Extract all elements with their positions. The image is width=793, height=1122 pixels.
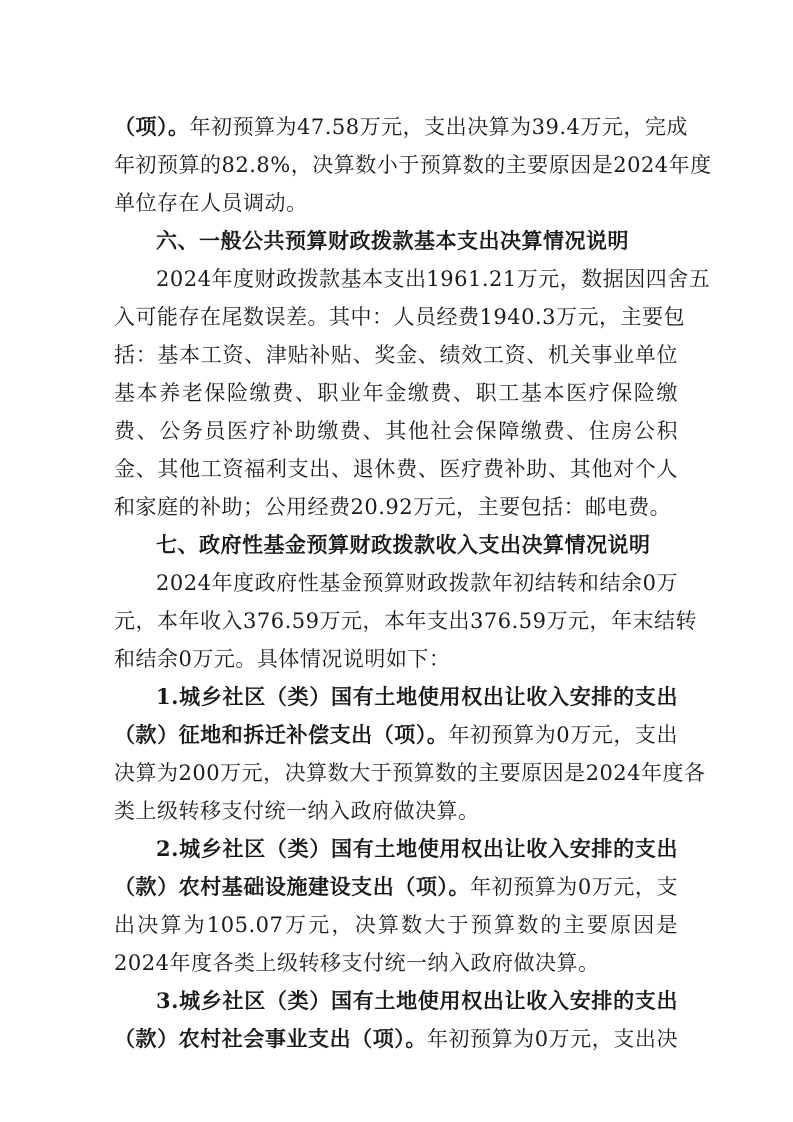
paragraph-line: （款）农村社会事业支出（项）。年初预算为0万元，支出决 [114, 1020, 678, 1058]
item-1-title: 1.城乡社区（类）国有土地使用权出让收入安排的支出 [114, 678, 678, 716]
paragraph-line: （项）。年初预算为47.58万元，支出决算为39.4万元，完成 [114, 108, 678, 146]
paragraph-line: 和家庭的补助；公用经费20.92万元，主要包括：邮电费。 [114, 488, 678, 526]
document-page: （项）。年初预算为47.58万元，支出决算为39.4万元，完成 年初预算的82.… [114, 108, 678, 1058]
paragraph-line: 和结余0万元。具体情况说明如下： [114, 640, 678, 678]
paragraph-line: 年初预算的82.8%，决算数小于预算数的主要原因是2024年度 [114, 146, 678, 184]
paragraph-line: 2024年度各类上级转移支付统一纳入政府做决算。 [114, 944, 678, 982]
paragraph-line: 2024年度政府性基金预算财政拨款年初结转和结余0万 [114, 564, 678, 602]
paragraph-line: 出决算为105.07万元，决算数大于预算数的主要原因是 [114, 906, 678, 944]
paragraph-line: 2024年度财政拨款基本支出1961.21万元，数据因四舍五 [114, 260, 678, 298]
item-2-title: 2.城乡社区（类）国有土地使用权出让收入安排的支出 [114, 830, 678, 868]
paragraph-line: 单位存在人员调动。 [114, 184, 678, 222]
paragraph-line: （款）征地和拆迁补偿支出（项）。年初预算为0万元，支出 [114, 716, 678, 754]
paragraph-line: 基本养老保险缴费、职业年金缴费、职工基本医疗保险缴 [114, 374, 678, 412]
paragraph-line: 元，本年收入376.59万元，本年支出376.59万元，年末结转 [114, 602, 678, 640]
paragraph-line: 类上级转移支付统一纳入政府做决算。 [114, 792, 678, 830]
section-6-heading: 六、一般公共预算财政拨款基本支出决算情况说明 [114, 222, 678, 260]
paragraph-line: 费、公务员医疗补助缴费、其他社会保障缴费、住房公积 [114, 412, 678, 450]
section-7-heading: 七、政府性基金预算财政拨款收入支出决算情况说明 [114, 526, 678, 564]
item-3-title: 3.城乡社区（类）国有土地使用权出让收入安排的支出 [114, 982, 678, 1020]
paragraph-line: 决算为200万元，决算数大于预算数的主要原因是2024年度各 [114, 754, 678, 792]
bold-lead: （项）。 [114, 114, 190, 139]
paragraph-line: 括：基本工资、津贴补贴、奖金、绩效工资、机关事业单位 [114, 336, 678, 374]
paragraph-line: （款）农村基础设施建设支出（项）。年初预算为0万元，支 [114, 868, 678, 906]
paragraph-line: 金、其他工资福利支出、退休费、医疗费补助、其他对个人 [114, 450, 678, 488]
paragraph-line: 入可能存在尾数误差。其中：人员经费1940.3万元，主要包 [114, 298, 678, 336]
